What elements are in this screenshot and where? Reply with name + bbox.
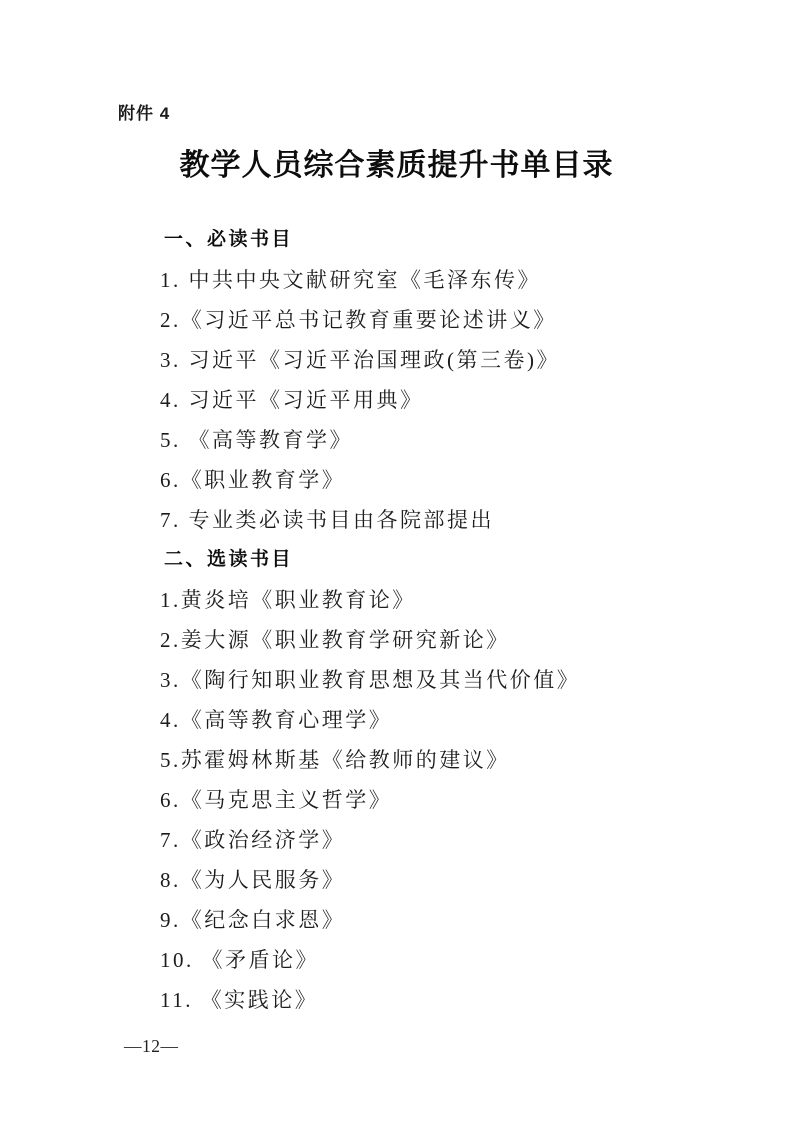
section-heading-required: 一、必读书目 <box>160 220 580 260</box>
book-list-item: 7.《政治经济学》 <box>160 820 580 860</box>
document-title: 教学人员综合素质提升书单目录 <box>0 140 793 184</box>
book-list-item: 2.《习近平总书记教育重要论述讲义》 <box>160 300 580 340</box>
book-list-item: 7. 专业类必读书目由各院部提出 <box>160 500 580 540</box>
book-list-item: 6.《职业教育学》 <box>160 460 580 500</box>
book-list-item: 10. 《矛盾论》 <box>160 940 580 980</box>
book-list-item: 8.《为人民服务》 <box>160 860 580 900</box>
book-list-item: 4.《高等教育心理学》 <box>160 700 580 740</box>
attachment-label: 附件 4 <box>118 99 170 124</box>
book-list-item: 4. 习近平《习近平用典》 <box>160 380 580 420</box>
section-heading-optional: 二、选读书目 <box>160 540 580 580</box>
document-page: 附件 4 教学人员综合素质提升书单目录 一、必读书目 1. 中共中央文献研究室《… <box>0 0 793 1122</box>
book-list-item: 11. 《实践论》 <box>160 980 580 1020</box>
page-number: —12— <box>124 1036 179 1057</box>
book-list-item: 9.《纪念白求恩》 <box>160 900 580 940</box>
book-list-item: 3. 习近平《习近平治国理政(第三卷)》 <box>160 340 580 380</box>
book-list-item: 6.《马克思主义哲学》 <box>160 780 580 820</box>
book-list-item: 3.《陶行知职业教育思想及其当代价值》 <box>160 660 580 700</box>
book-list-item: 1. 中共中央文献研究室《毛泽东传》 <box>160 260 580 300</box>
book-list: 一、必读书目 1. 中共中央文献研究室《毛泽东传》 2.《习近平总书记教育重要论… <box>160 220 580 1020</box>
book-list-item: 1.黄炎培《职业教育论》 <box>160 580 580 620</box>
book-list-item: 5.苏霍姆林斯基《给教师的建议》 <box>160 740 580 780</box>
book-list-item: 2.姜大源《职业教育学研究新论》 <box>160 620 580 660</box>
book-list-item: 5. 《高等教育学》 <box>160 420 580 460</box>
